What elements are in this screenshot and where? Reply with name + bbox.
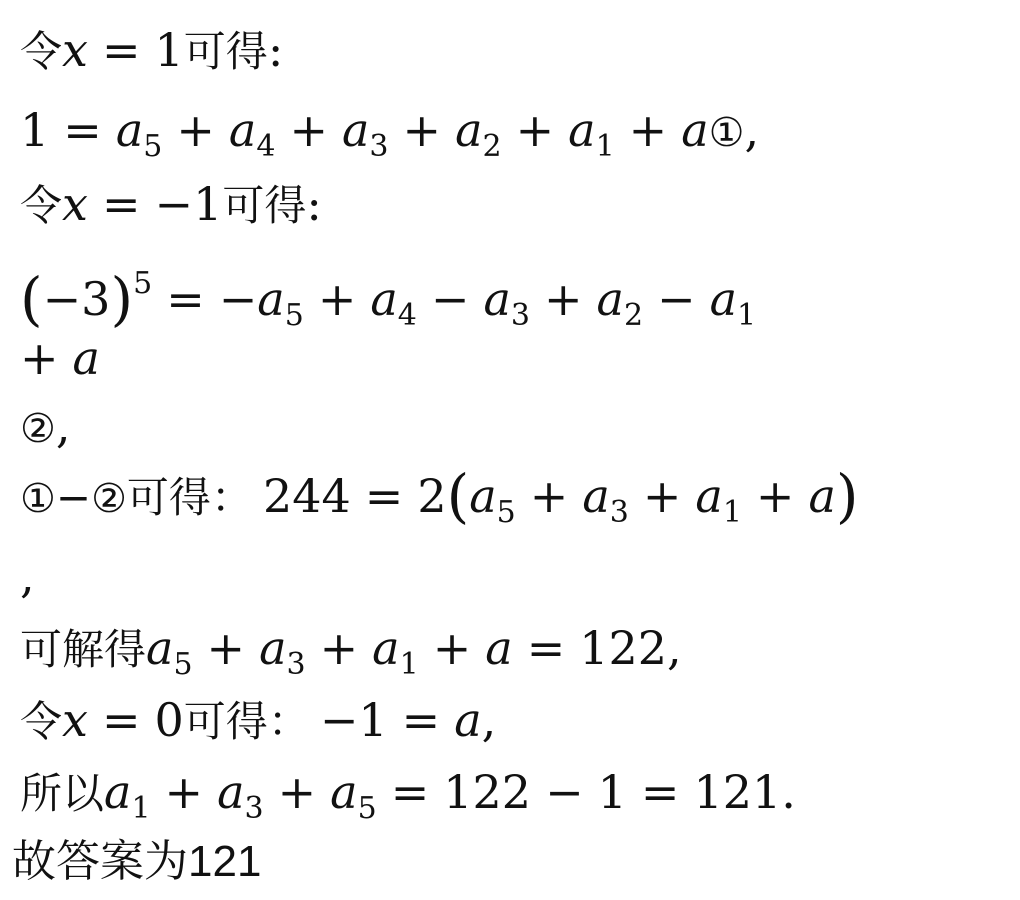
text-kede: 可得 xyxy=(184,27,268,76)
circled-one-marker: ① xyxy=(20,476,56,522)
comma: , xyxy=(482,693,497,747)
subscript: 1 xyxy=(723,495,742,530)
plus: + xyxy=(643,469,682,523)
subscript: 3 xyxy=(511,298,530,333)
plus: + xyxy=(516,103,555,157)
colon: ： xyxy=(211,473,253,522)
left-paren: ( xyxy=(447,462,470,530)
minus: − xyxy=(657,272,696,326)
subscript: 2 xyxy=(483,129,502,164)
var-a: a xyxy=(217,765,244,819)
line-let-x-0: 令x=0可得：−1=a, xyxy=(20,692,496,750)
text-suoyi: 所以 xyxy=(20,769,104,818)
subscript: 5 xyxy=(285,298,304,333)
colon: : xyxy=(306,177,322,231)
number: 122 xyxy=(443,765,531,819)
number: 0 xyxy=(155,693,184,747)
period: . xyxy=(781,765,796,819)
plus: + xyxy=(207,621,246,675)
number: 121 xyxy=(693,765,781,819)
subscript: 3 xyxy=(369,129,388,164)
equals: = xyxy=(102,23,141,77)
plus: + xyxy=(318,272,357,326)
var-a: a xyxy=(104,765,131,819)
minus: − xyxy=(320,693,359,747)
var-a: a xyxy=(681,103,708,157)
number: 1 xyxy=(598,765,627,819)
subscript: 1 xyxy=(131,791,150,826)
minus: − xyxy=(155,177,194,231)
number: 2 xyxy=(417,469,446,523)
equals: = xyxy=(166,272,205,326)
line-conclusion: 所以a1+a3+a5=122−1=121. xyxy=(20,764,796,837)
plus: + xyxy=(403,103,442,157)
plus: + xyxy=(530,469,569,523)
final-answer: 故答案为121 xyxy=(12,834,261,890)
var-a: a xyxy=(695,469,722,523)
var-a: a xyxy=(370,272,397,326)
plus: + xyxy=(433,621,472,675)
comma: , xyxy=(745,103,760,157)
var-a: a xyxy=(454,693,481,747)
right-paren: ) xyxy=(110,265,133,333)
equals: = xyxy=(527,621,566,675)
var-x: x xyxy=(62,693,88,747)
minus: − xyxy=(431,272,470,326)
line-solve: 可解得a5+a3+a1+a=122, xyxy=(20,620,682,693)
line-let-x-1: 令x=1可得: xyxy=(20,22,283,80)
var-a: a xyxy=(330,765,357,819)
plus: + xyxy=(320,621,359,675)
subscript: 5 xyxy=(143,129,162,164)
minus: − xyxy=(56,473,91,522)
subscript: 3 xyxy=(245,791,264,826)
var-a: a xyxy=(597,272,624,326)
comma: , xyxy=(20,549,35,603)
colon: : xyxy=(268,23,284,77)
subscript: 3 xyxy=(287,647,306,682)
var-a: a xyxy=(582,469,609,523)
number: 122 xyxy=(579,621,667,675)
line-subtract: ①−②可得：244=2(a5+a3+a1+a) xyxy=(20,468,859,541)
equals: = xyxy=(63,103,102,157)
var-a: a xyxy=(259,621,286,675)
line-let-x-neg1: 令x=−1可得: xyxy=(20,176,322,234)
text-kede: 可得 xyxy=(127,473,211,522)
minus: − xyxy=(545,765,584,819)
number: 1 xyxy=(358,693,387,747)
var-a: a xyxy=(455,103,482,157)
line-plus-a: +a xyxy=(20,330,100,387)
plus: + xyxy=(629,103,668,157)
equals: = xyxy=(102,693,141,747)
var-x: x xyxy=(62,177,88,231)
text-ling: 令 xyxy=(20,27,62,76)
circled-two-marker: ② xyxy=(91,476,127,522)
var-a: a xyxy=(116,103,143,157)
number: 1 xyxy=(193,177,222,231)
var-a: a xyxy=(485,621,512,675)
var-a: a xyxy=(257,272,284,326)
subscript: 2 xyxy=(624,298,643,333)
plus: + xyxy=(278,765,317,819)
line-comma: , xyxy=(20,548,35,605)
var-a: a xyxy=(372,621,399,675)
number: 1 xyxy=(20,103,49,157)
plus: + xyxy=(756,469,795,523)
minus: − xyxy=(219,272,258,326)
text-ling: 令 xyxy=(20,697,62,746)
circled-two-marker: ② xyxy=(20,406,56,452)
subscript: 4 xyxy=(256,129,275,164)
plus: + xyxy=(176,103,215,157)
equals: = xyxy=(102,177,141,231)
subscript: 1 xyxy=(596,129,615,164)
subscript: 4 xyxy=(398,298,417,333)
plus: + xyxy=(289,103,328,157)
number: 244 xyxy=(263,469,351,523)
colon: ： xyxy=(268,697,310,746)
line-equation-2: (−3)5=−a5+a4−a3+a2−a1 xyxy=(20,256,756,344)
number: −3 xyxy=(43,272,111,326)
subscript: 5 xyxy=(173,647,192,682)
var-a: a xyxy=(342,103,369,157)
var-a: a xyxy=(710,272,737,326)
var-x: x xyxy=(62,23,88,77)
var-a: a xyxy=(469,469,496,523)
comma: , xyxy=(56,399,71,453)
equals: = xyxy=(402,693,441,747)
line-equation-1: 1=a5+a4+a3+a2+a1+a①, xyxy=(20,102,759,175)
text-kede: 可得 xyxy=(222,181,306,230)
subscript: 1 xyxy=(737,298,756,333)
comma: , xyxy=(667,621,682,675)
exponent: 5 xyxy=(133,266,152,301)
number: 1 xyxy=(155,23,184,77)
subscript: 3 xyxy=(610,495,629,530)
left-paren: ( xyxy=(20,265,43,333)
subscript: 5 xyxy=(497,495,516,530)
text-kejiede: 可解得 xyxy=(20,625,146,674)
var-a: a xyxy=(483,272,510,326)
var-a: a xyxy=(568,103,595,157)
equals: = xyxy=(365,469,404,523)
var-a: a xyxy=(73,331,100,385)
circled-one-marker: ① xyxy=(709,110,745,156)
equals: = xyxy=(391,765,430,819)
text-kede: 可得 xyxy=(184,697,268,746)
line-marker-2: ②, xyxy=(20,398,70,457)
subscript: 5 xyxy=(358,791,377,826)
var-a: a xyxy=(146,621,173,675)
plus: + xyxy=(20,331,59,385)
text-ling: 令 xyxy=(20,181,62,230)
equals: = xyxy=(641,765,680,819)
subscript: 1 xyxy=(400,647,419,682)
plus: + xyxy=(544,272,583,326)
var-a: a xyxy=(808,469,835,523)
right-paren: ) xyxy=(836,462,859,530)
var-a: a xyxy=(229,103,256,157)
plus: + xyxy=(165,765,204,819)
